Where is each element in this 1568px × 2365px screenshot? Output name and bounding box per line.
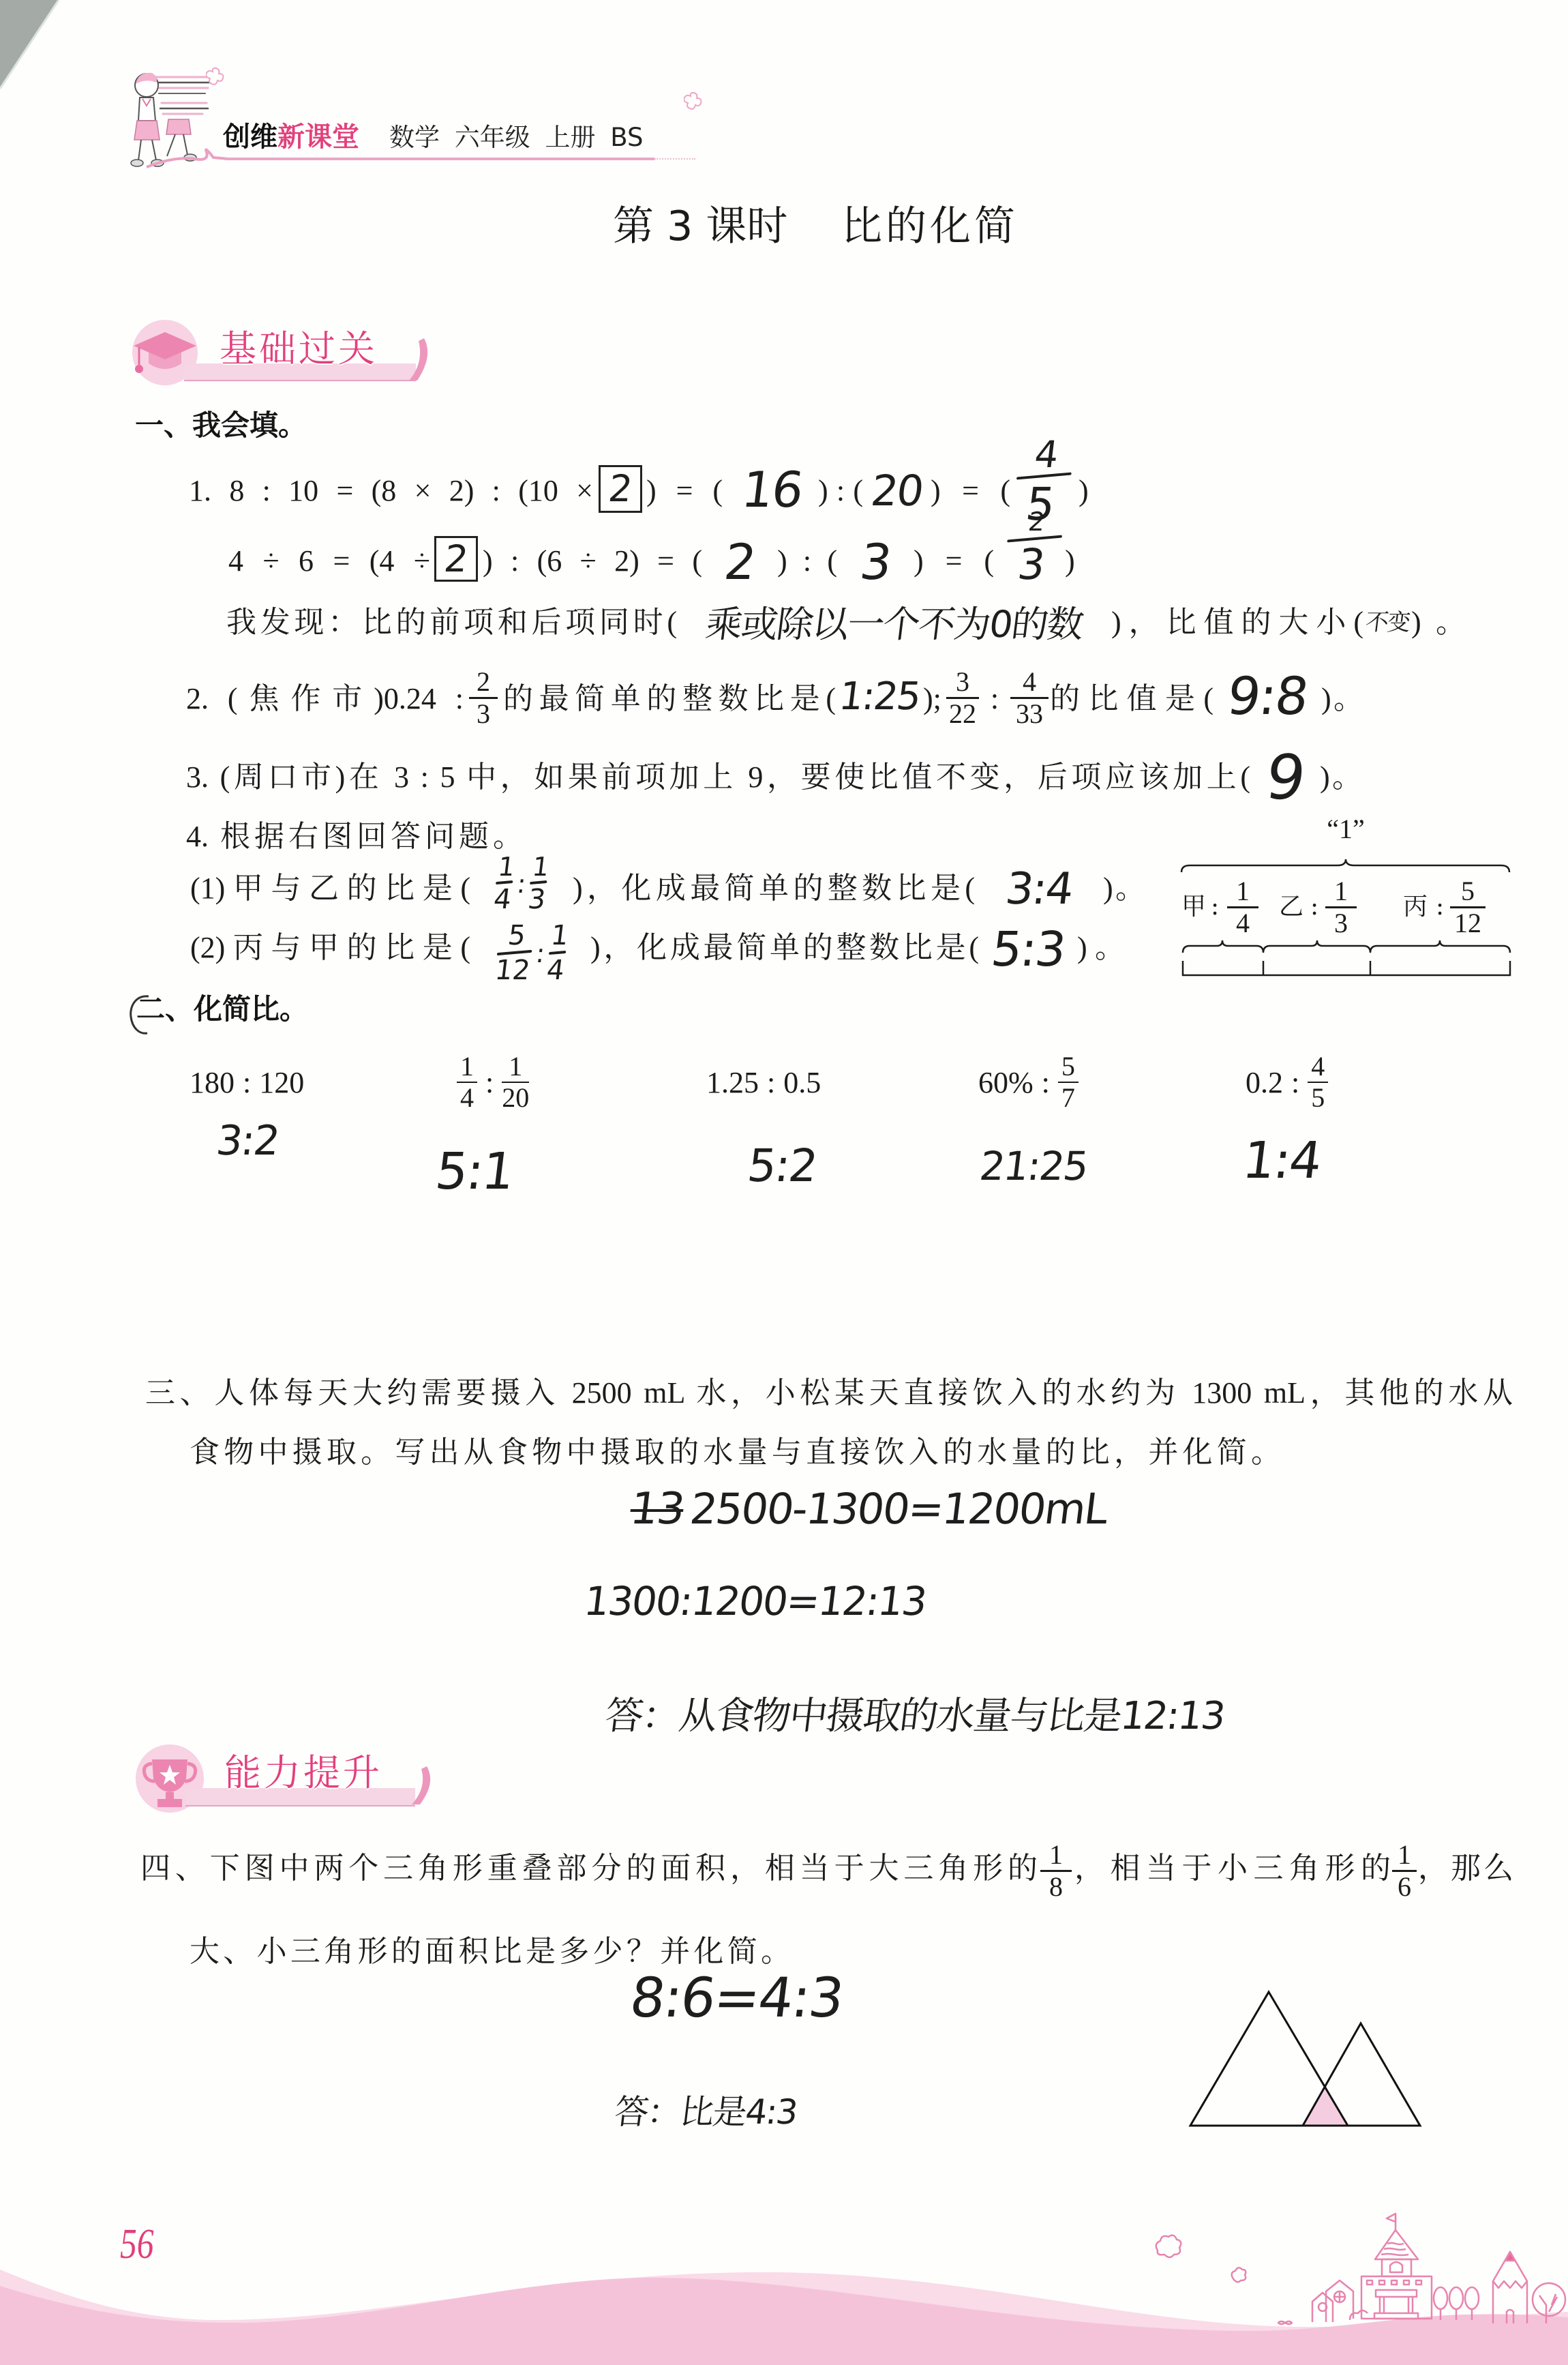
discovery-text: )。 bbox=[1411, 604, 1466, 642]
page-number: 56 bbox=[120, 2220, 154, 2268]
struck-out-writing: 13 bbox=[627, 1480, 682, 1538]
numerator: 1 bbox=[531, 852, 551, 881]
fraction: 45 bbox=[1308, 1053, 1328, 1112]
handwritten-answer: 2 bbox=[606, 471, 634, 507]
fraction: 13 bbox=[1325, 878, 1357, 937]
handwritten-answer: 1:25 bbox=[832, 663, 927, 731]
q4-sub2-text: )，化成最简单的整数比是( bbox=[590, 929, 979, 967]
numerator: 1 bbox=[1049, 1841, 1063, 1869]
handwritten-answer: 不变 bbox=[1359, 600, 1415, 645]
answer-box: 2 bbox=[599, 465, 642, 513]
diagram-colon: : bbox=[1211, 892, 1219, 922]
numerator: 4 bbox=[1023, 668, 1036, 696]
q4-prompt: 4. 根据右图回答问题。 bbox=[186, 818, 523, 856]
handwritten-work-line: 1300:1200=12:13 bbox=[579, 1575, 930, 1627]
brand-name-black: 创维 bbox=[223, 121, 277, 153]
overlapping-triangles-figure bbox=[1179, 1978, 1432, 2135]
page-title: 比的化简 bbox=[841, 205, 1019, 248]
ratio-problem: 0.2: 45 bbox=[1246, 1052, 1328, 1113]
denominator: 4 bbox=[1236, 910, 1250, 937]
ratio-problem: 180:120 bbox=[190, 1052, 304, 1113]
handwritten-answer: 5:3 bbox=[975, 915, 1081, 983]
brand-name-pink: 新课堂 bbox=[277, 121, 359, 153]
numerator: 5 bbox=[1461, 878, 1475, 905]
overlap-region bbox=[1303, 2087, 1348, 2126]
numerator: 4 bbox=[1032, 435, 1060, 475]
handwritten-answer: 9:8 bbox=[1209, 659, 1326, 734]
ratio-colon: : bbox=[534, 938, 547, 968]
q4-sub1-text: (1)甲与乙的比是( bbox=[190, 869, 470, 908]
denominator: 3 bbox=[1015, 540, 1048, 589]
denominator: 7 bbox=[1061, 1084, 1075, 1112]
ratio-right: 120 bbox=[259, 1065, 304, 1100]
denominator: 33 bbox=[1016, 700, 1043, 728]
handwritten-ratio: 512 : 14 bbox=[466, 917, 597, 990]
handwritten-answer-sentence: 答：从食物中摄取的水量与比是12:13 bbox=[601, 1686, 1226, 1747]
handwritten-answer: 2 bbox=[442, 541, 470, 578]
ratio-colon: : bbox=[1291, 1065, 1299, 1100]
lesson-number: 第 3 课时 bbox=[613, 205, 787, 248]
numerator: 5 bbox=[506, 920, 527, 951]
q2-text: 2. (焦作市)0.24 : bbox=[186, 680, 464, 718]
section-title-advanced: 能力提升 bbox=[224, 1751, 382, 1795]
banner-hook-ornament bbox=[406, 1764, 439, 1807]
scan-edge-shadow bbox=[0, 0, 82, 102]
handwritten-answer: 5:1 bbox=[419, 1146, 529, 1198]
numerator: 5 bbox=[1061, 1053, 1075, 1080]
part4-prompt-line1: 四、下图中两个三角形重叠部分的面积，相当于大三角形的 bbox=[140, 1849, 1038, 1888]
q4-sub1-text: )。 bbox=[1103, 869, 1145, 908]
diagram-part-name: 乙 bbox=[1279, 892, 1303, 922]
q1-line1-text: ) = ( bbox=[931, 472, 1010, 510]
handwritten-answer-sentence: 答：比是4:3 bbox=[607, 2083, 804, 2141]
numerator: 1 bbox=[1398, 1841, 1411, 1869]
denominator: 3 bbox=[1334, 910, 1348, 937]
ratio-colon: : bbox=[515, 869, 528, 899]
part3-prompt-line2: 食物中摄取。写出从食物中摄取的水量与直接饮入的水量的比，并化简。 bbox=[190, 1433, 1281, 1472]
handwritten-fraction: 512 bbox=[493, 920, 536, 987]
denominator: 4 bbox=[492, 884, 513, 915]
q2-text: : bbox=[979, 680, 1010, 718]
handwritten-answer: 20 bbox=[859, 458, 935, 524]
diagram-part-name: 丙 bbox=[1403, 892, 1428, 922]
ratio-left: 1.25 bbox=[706, 1065, 759, 1100]
diagram-total-label: “1” bbox=[1312, 812, 1380, 847]
denominator: 12 bbox=[1454, 910, 1481, 937]
handwritten-answer: 3:2 bbox=[204, 1118, 291, 1163]
diagram-colon: : bbox=[1310, 892, 1318, 922]
handwritten-fraction: 14 bbox=[545, 920, 570, 987]
ratio-problem: 14 : 120 bbox=[457, 1052, 529, 1113]
handwritten-answer: 21:25 bbox=[976, 1139, 1091, 1193]
header-underline bbox=[225, 158, 654, 160]
numerator: 1 bbox=[496, 852, 516, 881]
ratio-problem: 60%: 57 bbox=[978, 1052, 1079, 1113]
ratio-colon: : bbox=[243, 1065, 251, 1100]
handwritten-answer: 乘或除以一个不为0的数 bbox=[673, 592, 1115, 657]
numerator: 3 bbox=[956, 668, 969, 696]
diagram-colon: : bbox=[1436, 892, 1444, 922]
part4-prompt-line1: ，相当于小三角形的 bbox=[1074, 1849, 1391, 1888]
q1-line2-text: ) bbox=[1065, 542, 1081, 580]
denominator: 20 bbox=[502, 1084, 529, 1112]
fraction: 433 bbox=[1010, 668, 1049, 728]
denominator: 22 bbox=[949, 700, 976, 728]
q1-line2-text: ) : (6 ÷ 2) = ( bbox=[483, 542, 702, 580]
fraction: 57 bbox=[1058, 1053, 1079, 1112]
denominator: 3 bbox=[477, 700, 490, 728]
denominator: 3 bbox=[526, 884, 547, 915]
handwritten-fraction: 2 3 bbox=[1001, 506, 1066, 589]
discovery-text: 我发现：比的前项和后项同时( bbox=[226, 604, 677, 642]
book-subject: 数学 bbox=[389, 123, 440, 152]
q3-text: 3. (周口市)在 3 : 5 中，如果前项加上 9，要使比值不变，后项应该加上… bbox=[186, 758, 1250, 797]
fraction: 120 bbox=[502, 1053, 529, 1112]
q3-text: )。 bbox=[1320, 758, 1362, 797]
denominator: 4 bbox=[460, 1084, 474, 1112]
fraction: 512 bbox=[1450, 878, 1486, 937]
numerator: 4 bbox=[1311, 1053, 1325, 1080]
numerator: 2 bbox=[1027, 506, 1047, 537]
denominator: 8 bbox=[1049, 1873, 1063, 1901]
book-volume: 上册 bbox=[545, 123, 596, 152]
q1-line2-text: ) = ( bbox=[914, 542, 994, 580]
q1-line2-text: ) : ( bbox=[777, 542, 837, 580]
q1-line1-text: 1. 8 : 10 = (8 × 2) : (10 × bbox=[189, 472, 593, 510]
part2-heading: 二、化简比。 bbox=[136, 992, 308, 1026]
ratio-colon: : bbox=[767, 1065, 775, 1100]
q2-text: 的比值是( bbox=[1050, 680, 1213, 718]
fraction: 16 bbox=[1392, 1841, 1417, 1901]
handwritten-answer: 2 bbox=[698, 529, 781, 595]
fraction: 14 bbox=[1227, 878, 1258, 937]
handwritten-answer: 9 bbox=[1246, 741, 1325, 816]
brand-logo: 创维新课堂 bbox=[223, 121, 359, 153]
diagram-part-name: 甲 bbox=[1181, 892, 1206, 922]
q2-text: 的最简单的整数比是( bbox=[503, 680, 836, 718]
ratio-colon: : bbox=[485, 1065, 494, 1100]
flower-doodle-icon bbox=[684, 90, 704, 110]
section-title-basic: 基础过关 bbox=[220, 327, 378, 371]
numerator: 1 bbox=[509, 1053, 522, 1080]
numerator: 1 bbox=[549, 920, 570, 951]
banner-hook-ornament bbox=[404, 336, 436, 383]
numerator: 1 bbox=[1334, 878, 1348, 905]
fraction: 23 bbox=[469, 668, 498, 728]
fraction: 322 bbox=[946, 668, 979, 728]
fraction: 14 bbox=[457, 1053, 477, 1112]
q4-sub2-text: (2)丙与甲的比是( bbox=[190, 929, 470, 967]
header-underline-dotted bbox=[654, 158, 695, 160]
flower-doodle-icon bbox=[206, 65, 226, 86]
part1-heading: 一、我会填。 bbox=[135, 408, 307, 443]
handwritten-answer: 5:2 bbox=[732, 1143, 832, 1189]
book-edition: BS bbox=[610, 123, 643, 152]
q1-line1-text: ) = ( bbox=[646, 472, 723, 510]
q1-line1-text: ) bbox=[1079, 472, 1095, 510]
denominator: 5 bbox=[1311, 1084, 1325, 1112]
ratio-left: 60% bbox=[978, 1065, 1034, 1100]
handwritten-answer: 3:4 bbox=[971, 857, 1107, 922]
handwritten-fraction: 13 bbox=[526, 852, 552, 915]
discovery-text: )，比值的大小( bbox=[1111, 604, 1363, 642]
handwritten-work-line: 8:6=4:3 bbox=[627, 1967, 843, 2029]
fraction: 18 bbox=[1040, 1841, 1072, 1901]
q4-sub2-text: )。 bbox=[1077, 929, 1125, 967]
book-info: 数学 六年级 上册 BS bbox=[389, 123, 644, 153]
denominator: 4 bbox=[545, 954, 566, 987]
answer-box: 2 bbox=[434, 536, 478, 582]
q1-line1-text: ) : ( bbox=[818, 472, 863, 510]
handwritten-work-line: 2500-1300=1200mL bbox=[677, 1480, 1121, 1538]
ratio-problem: 1.25:0.5 bbox=[706, 1052, 821, 1113]
ratio-colon: : bbox=[1042, 1065, 1050, 1100]
numerator: 1 bbox=[1236, 878, 1250, 905]
q2-text: )。 bbox=[1321, 680, 1363, 718]
ratio-left: 0.2 bbox=[1246, 1065, 1283, 1100]
q1-line2-text: 4 ÷ 6 = (4 ÷ bbox=[228, 542, 430, 580]
school-town-illustration bbox=[1152, 2210, 1568, 2332]
numerator: 2 bbox=[477, 668, 490, 696]
part4-prompt-line2: 大、小三角形的面积比是多少？并化简。 bbox=[190, 1933, 791, 1971]
book-grade: 六年级 bbox=[455, 123, 530, 152]
handwritten-answer: 3 bbox=[833, 529, 918, 595]
part3-prompt-line1: 三、人体每天大约需要摄入 2500 mL 水，小松某天直接饮入的水约为 1300… bbox=[145, 1374, 1513, 1412]
ratio-right: 0.5 bbox=[783, 1065, 821, 1100]
handwritten-ratio: 14 : 13 bbox=[466, 850, 577, 918]
numerator: 1 bbox=[460, 1053, 474, 1080]
part4-prompt-line1: ，那么 bbox=[1418, 1849, 1513, 1888]
q2-text: ); bbox=[923, 680, 946, 718]
denominator: 6 bbox=[1398, 1873, 1411, 1901]
handwritten-answer: 16 bbox=[719, 456, 826, 524]
ratio-left: 180 bbox=[190, 1065, 235, 1100]
handwritten-answer: 1:4 bbox=[1224, 1133, 1340, 1188]
denominator: 12 bbox=[493, 954, 532, 987]
q4-sub1-text: )，化成最简单的整数比是( bbox=[573, 869, 975, 908]
handwritten-fraction: 14 bbox=[492, 852, 517, 915]
